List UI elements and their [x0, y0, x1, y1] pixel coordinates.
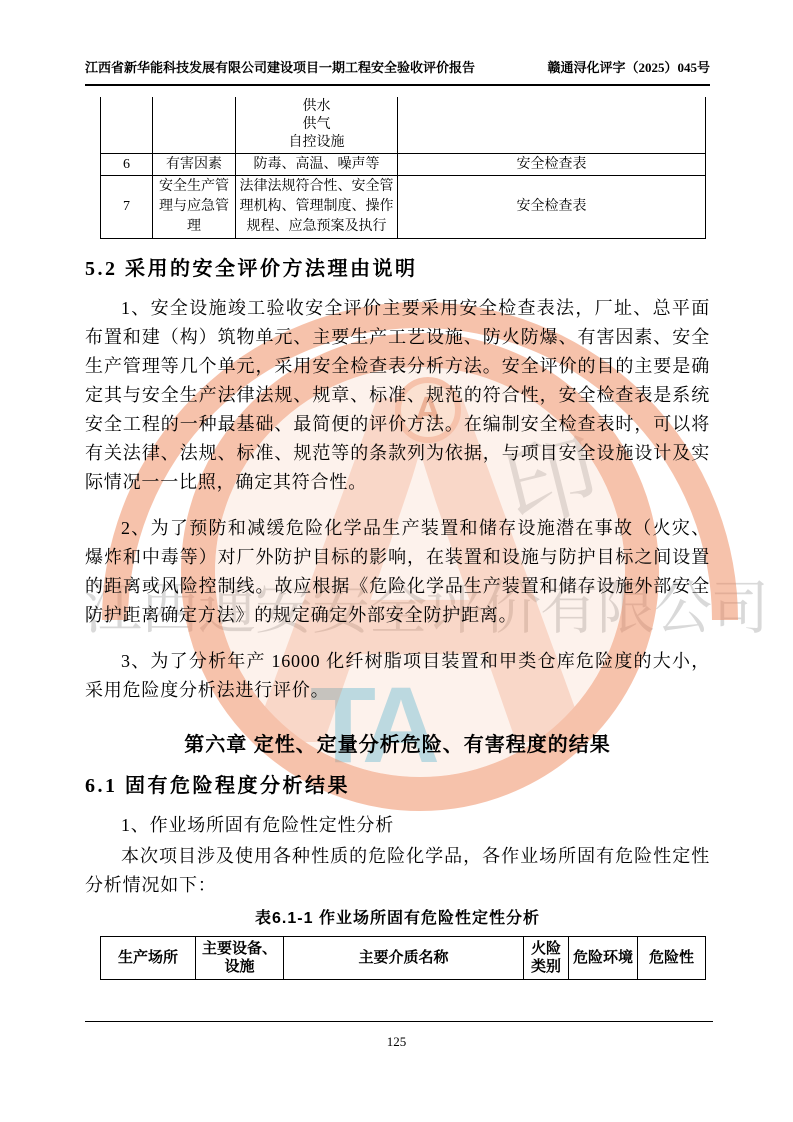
footer-rule: [85, 1021, 713, 1022]
table-cell: 供水 供气 自控设施: [236, 97, 398, 154]
page-number: 125: [0, 1034, 793, 1050]
column-header: 危险性: [638, 937, 706, 980]
table-row: 7 安全生产管理与应急管理 法律法规符合性、安全管理机构、管理制度、操作规程、应…: [101, 176, 706, 239]
paragraph: 3、为了分析年产 16000 化纤树脂项目装置和甲类仓库危险度的大小，采用危险度…: [85, 647, 710, 705]
paragraph: 1、作业场所固有危险性定性分析: [85, 811, 710, 840]
continued-checklist-table: 供水 供气 自控设施 6 有害因素 防毒、高温、噪声等 安全检查表 7 安全生产…: [100, 97, 706, 239]
column-header: 主要设备、设施: [196, 937, 284, 980]
section-6-1-heading: 6.1 固有危险程度分析结果: [85, 773, 710, 799]
document-page: 江西省新华能科技发展有限公司建设项目一期工程安全验收评价报告 赣通浔化评字（20…: [0, 0, 793, 1122]
paragraph: 本次项目涉及使用各种性质的危险化学品，各作业场所固有危险性定性分析情况如下：: [85, 842, 710, 900]
column-header: 火险类别: [524, 937, 569, 980]
table-cell: 6: [101, 154, 153, 176]
hazard-analysis-table: 生产场所 主要设备、设施 主要介质名称 火险类别 危险环境 危险性: [100, 936, 706, 980]
table-cell: [153, 97, 236, 154]
table-cell: 有害因素: [153, 154, 236, 176]
table-row: 6 有害因素 防毒、高温、噪声等 安全检查表: [101, 154, 706, 176]
table-caption: 表6.1-1 作业场所固有危险性定性分析: [85, 908, 710, 929]
paragraph: 2、为了预防和减缓危险化学品生产装置和储存设施潜在事故（火灾、爆炸和中毒等）对厂…: [85, 514, 710, 630]
paragraph: 1、安全设施竣工验收安全评价主要采用安全检查表法，厂址、总平面布置和建（构）筑物…: [85, 294, 710, 497]
table-cell: 安全检查表: [398, 154, 706, 176]
table-cell: [101, 97, 153, 154]
table-cell: 安全检查表: [398, 176, 706, 239]
page-header: 江西省新华能科技发展有限公司建设项目一期工程安全验收评价报告 赣通浔化评字（20…: [85, 0, 710, 86]
column-header: 生产场所: [101, 937, 196, 980]
table-cell: 安全生产管理与应急管理: [153, 176, 236, 239]
document-number: 赣通浔化评字（2025）045号: [547, 58, 710, 78]
table-cell: [398, 97, 706, 154]
table-row: 供水 供气 自控设施: [101, 97, 706, 154]
column-header: 主要介质名称: [284, 937, 524, 980]
table-cell: 7: [101, 176, 153, 239]
page-content: 江西省新华能科技发展有限公司建设项目一期工程安全验收评价报告 赣通浔化评字（20…: [85, 0, 710, 980]
column-header: 危险环境: [569, 937, 638, 980]
report-title: 江西省新华能科技发展有限公司建设项目一期工程安全验收评价报告: [85, 58, 475, 78]
table-header-row: 生产场所 主要设备、设施 主要介质名称 火险类别 危险环境 危险性: [101, 937, 706, 980]
table-cell: 法律法规符合性、安全管理机构、管理制度、操作规程、应急预案及执行: [236, 176, 398, 239]
table-cell: 防毒、高温、噪声等: [236, 154, 398, 176]
chapter-6-heading: 第六章 定性、定量分析危险、有害程度的结果: [85, 731, 710, 759]
section-5-2-heading: 5.2 采用的安全评价方法理由说明: [85, 256, 710, 282]
